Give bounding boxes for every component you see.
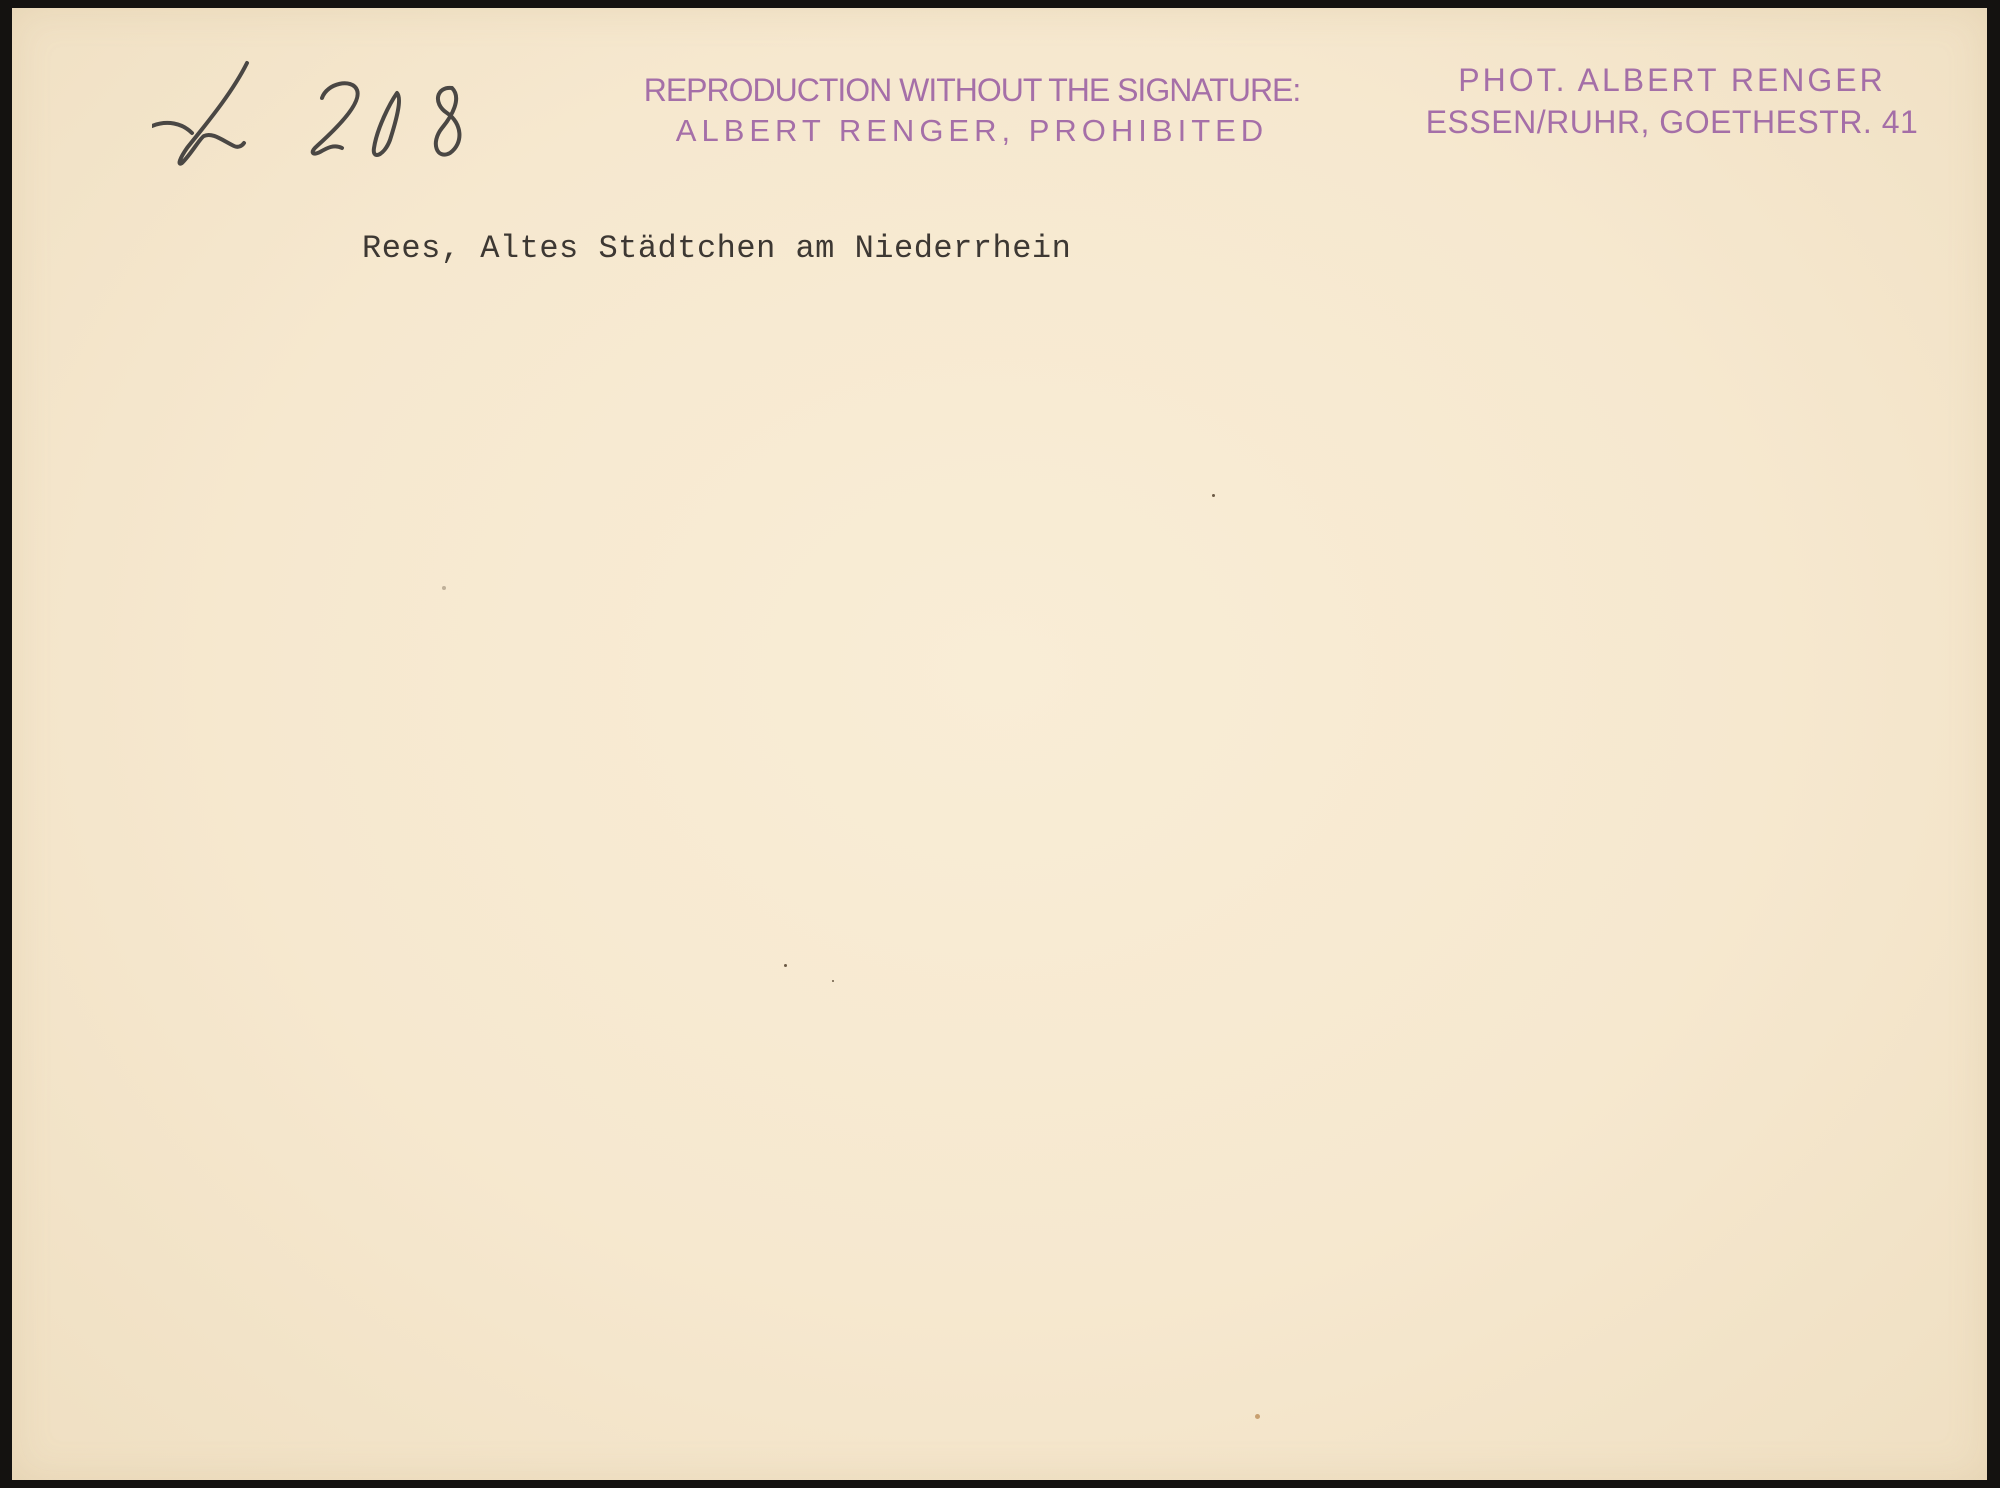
paper-speck bbox=[1255, 1414, 1260, 1419]
stamp-photographer-line2: ESSEN/RUHR, GOETHESTR. 41 bbox=[1407, 102, 1937, 142]
typewritten-caption: Rees, Altes Städtchen am Niederrhein bbox=[362, 230, 1071, 267]
stamp-reproduction-line2: ALBERT RENGER, PROHIBITED bbox=[602, 112, 1342, 151]
paper-speck bbox=[784, 964, 787, 967]
paper-speck bbox=[832, 980, 834, 982]
photo-card-back: L 208 REPRODUCTION WITHOUT THE SIGNATURE… bbox=[12, 8, 1987, 1480]
paper-speck bbox=[1212, 494, 1215, 497]
handwritten-catalog-number: L 208 bbox=[152, 48, 482, 178]
photographer-address-stamp: PHOT. ALBERT RENGER ESSEN/RUHR, GOETHEST… bbox=[1407, 60, 1937, 142]
stamp-photographer-line1: PHOT. ALBERT RENGER bbox=[1407, 60, 1937, 100]
reproduction-rights-stamp: REPRODUCTION WITHOUT THE SIGNATURE: ALBE… bbox=[602, 70, 1342, 151]
pencil-handwriting-icon bbox=[152, 48, 482, 178]
scan-border: L 208 REPRODUCTION WITHOUT THE SIGNATURE… bbox=[0, 0, 2000, 1488]
paper-speck bbox=[442, 586, 446, 590]
stamp-reproduction-line1: REPRODUCTION WITHOUT THE SIGNATURE: bbox=[602, 70, 1342, 110]
